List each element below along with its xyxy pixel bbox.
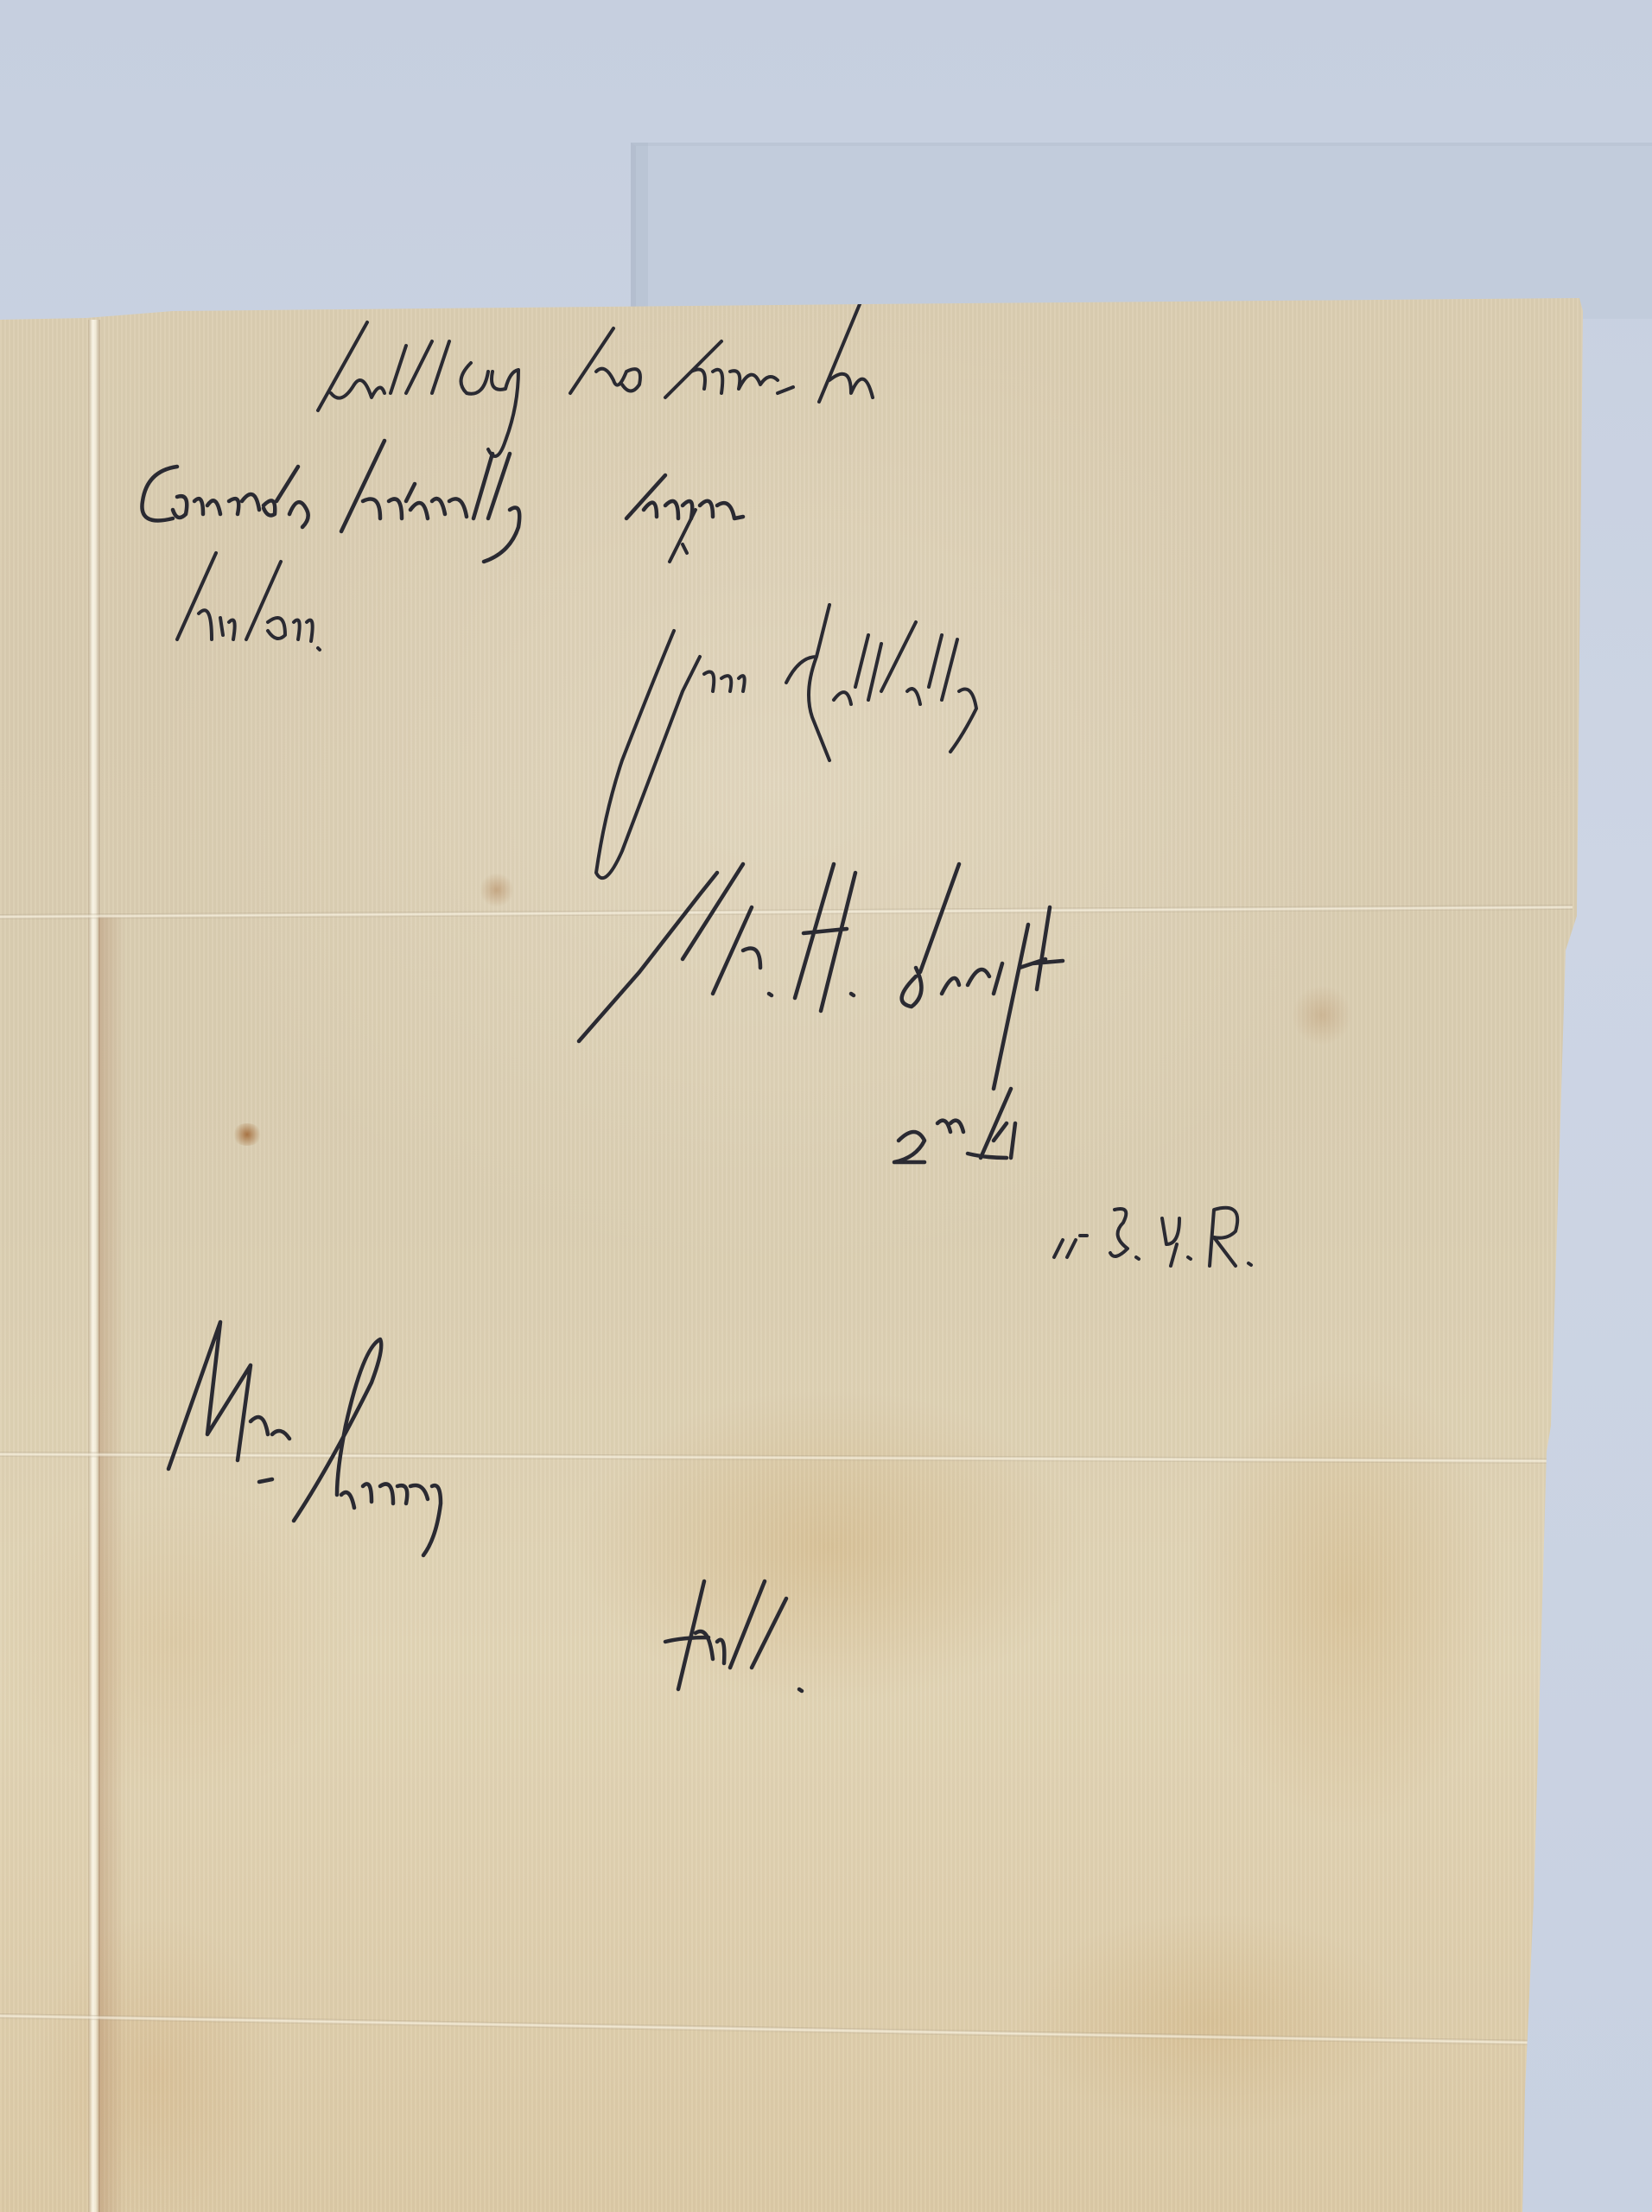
letter-line-1: I will say no more — his: [320, 341, 1095, 412]
foxing-spot: [480, 873, 514, 907]
letter-line-3: his loss.: [173, 588, 434, 658]
signature: M. H. Clift: [605, 916, 1039, 1007]
letter-line-2: Comrades naturally mourn: [143, 467, 1010, 537]
letter-paper: I will say no more — his Comrades natura…: [0, 0, 1652, 2212]
rank: 2nd Lt.: [899, 1097, 1130, 1168]
foxing-spot: [1292, 985, 1352, 1046]
addressee-town: Hull.: [665, 1607, 845, 1688]
horizontal-fold-3: [0, 2013, 1534, 2045]
unit: 11th E.Y.R.: [1054, 1210, 1363, 1270]
photo-scene: I will say no more — his Comrades natura…: [0, 0, 1652, 2212]
paper-texture: [0, 0, 1652, 2212]
closing-salutation: Yours faithfully: [596, 674, 1154, 754]
rust-spot: [232, 1123, 263, 1146]
background-sheet: [631, 143, 1652, 319]
background-sheet-edge: [631, 143, 648, 315]
handwriting-strokes: [0, 0, 1652, 2212]
addressee-name: Mrs Bressey.: [168, 1400, 667, 1485]
